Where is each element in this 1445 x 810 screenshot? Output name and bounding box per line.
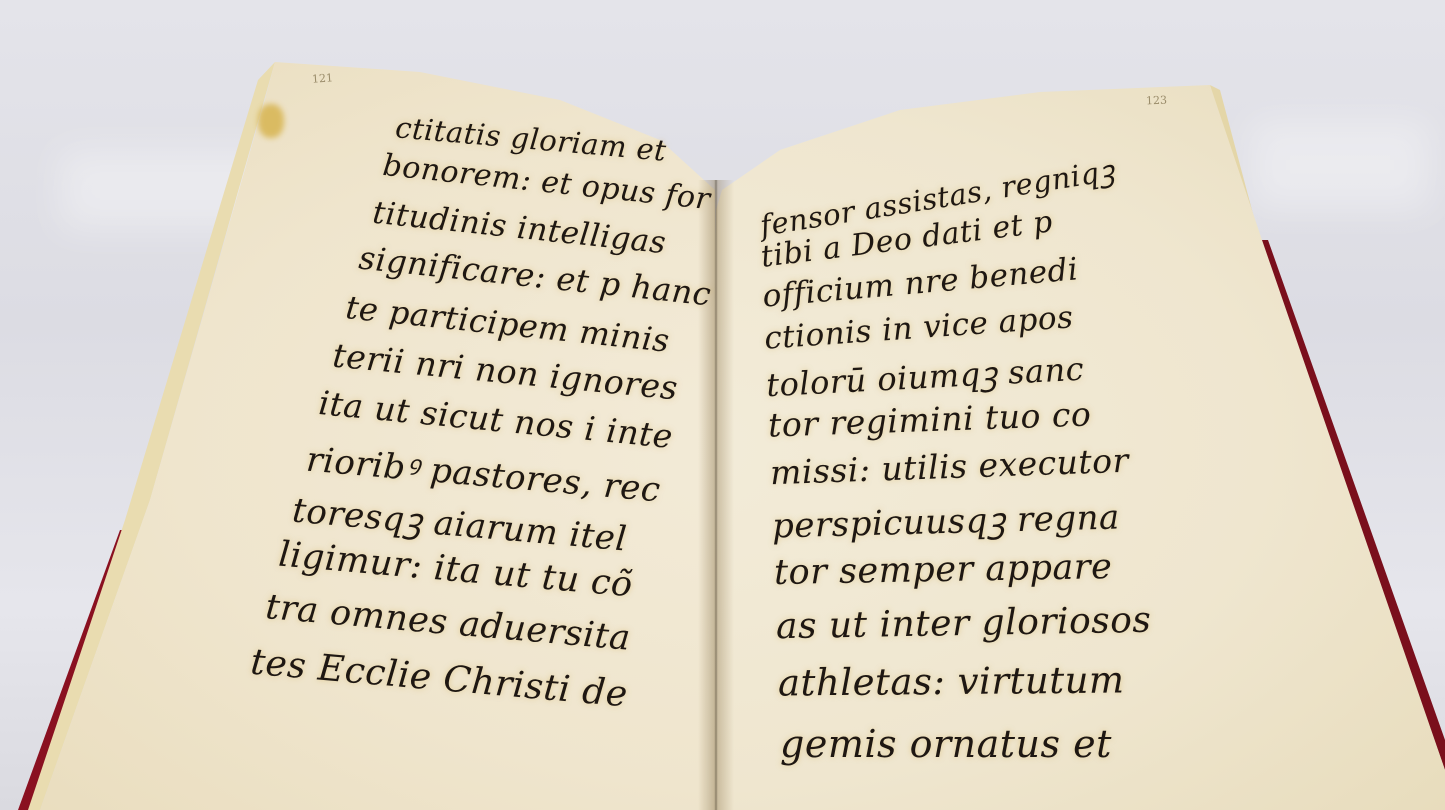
manuscript-line: as ut inter gloriosos [776,600,1152,648]
photo-scene: 121 123 ctitatis gloriam et bonorem: et … [0,0,1445,810]
manuscript-line: perspicuusqꝫ regna [771,492,1120,547]
folio-number-left: 121 [312,71,334,85]
folio-number-right: 123 [1146,94,1167,108]
manuscript-line: gemis ornatus et [780,722,1112,766]
manuscript-line: tor semper appare [774,547,1113,593]
cloth-highlight [1250,120,1430,210]
page-stain [258,104,284,138]
manuscript-line: athletas: virtutum [778,658,1125,704]
